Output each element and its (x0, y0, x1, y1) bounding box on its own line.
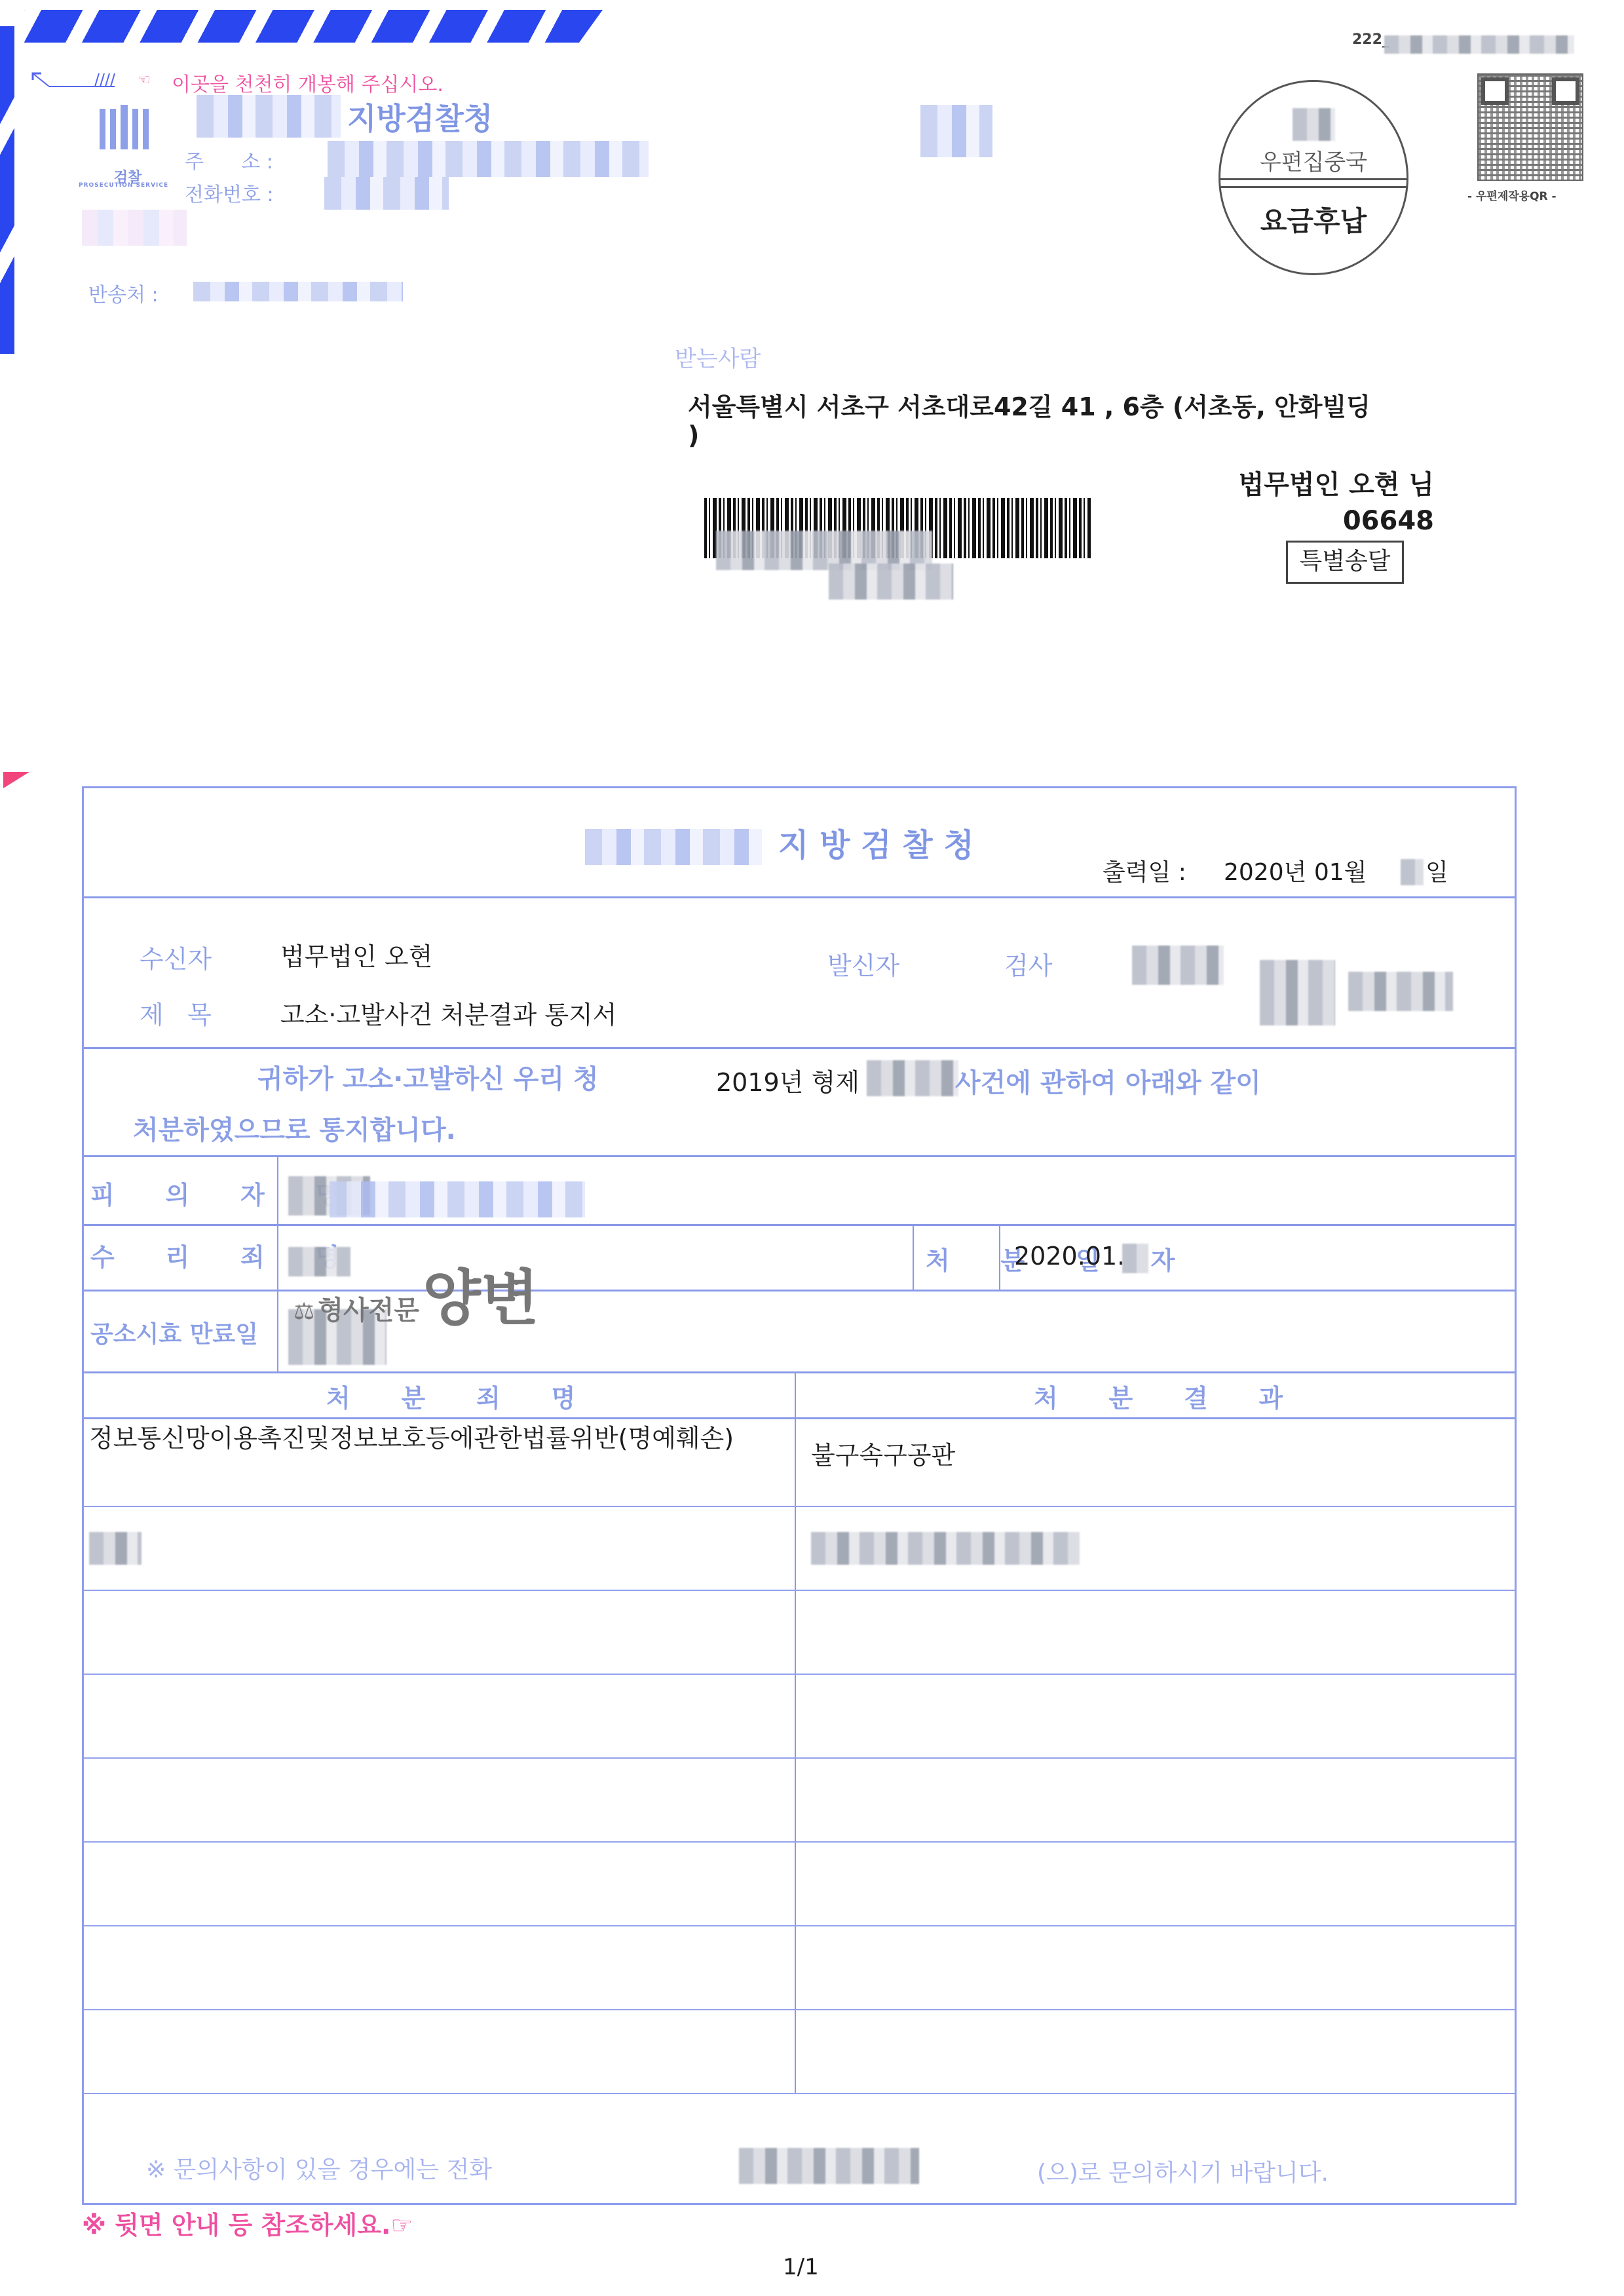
logo-subtext: PROSECUTION SERVICE (79, 182, 168, 189)
charge-redacted (89, 1532, 142, 1565)
phone-label: 전화번호 : (185, 178, 274, 207)
print-date-day-suffix: 일 (1426, 854, 1448, 887)
open-here-marker (29, 71, 128, 90)
disposition-notice-form: 지 방 검 찰 청 출력일 : 2020년 01월 일 수신자 법무법인 오현 … (82, 786, 1517, 2205)
disposition-charge-cell: 정보통신망이용촉진및정보보호등에관한법률위반(명예훼손) (89, 1425, 787, 1451)
notice-office-name: 지 방 검 찰 청 (778, 820, 974, 865)
watermark-small-text: 형사전문 (318, 1295, 419, 1326)
prosecution-emblem-icon (98, 105, 157, 151)
print-day-redacted (1401, 859, 1424, 885)
case-year: 2019년 형제 (716, 1062, 859, 1098)
prosecutor-seal-redacted (1260, 960, 1335, 1025)
recipient-field-label: 수신자 (140, 939, 212, 975)
print-date-label: 출력일 : (1103, 854, 1186, 887)
return-address-redacted (193, 282, 403, 301)
prosecutor-name-redacted (1132, 946, 1224, 985)
recipient-address-line2: ) (688, 421, 699, 450)
subject-label: 제 목 (140, 995, 212, 1031)
open-arrow-icon (29, 71, 128, 90)
page-indicator: 1/1 (783, 2254, 819, 2280)
body-text-part2: 사건에 관하여 아래와 같이 (955, 1062, 1261, 1100)
qr-caption: - 우편제작용QR - (1467, 187, 1557, 203)
disposition-date-value: 2020.01. (1014, 1242, 1125, 1271)
sender-role: 검사 (1004, 946, 1052, 982)
subject-value: 고소·고발사건 처분결과 통지서 (280, 995, 616, 1031)
hand-pointer-icon: ☜ (138, 72, 151, 88)
statute-label: 공소시효 만료일 (90, 1316, 258, 1349)
scale-icon: ⚖ (293, 1298, 314, 1325)
sender-phone-redacted (324, 177, 449, 210)
notice-office-redacted (585, 829, 762, 865)
disposition-result-cell: 불구속구공판 (811, 1442, 1505, 1468)
office-name-redacted (197, 95, 341, 138)
sender-field-label: 발신자 (827, 946, 899, 982)
delivery-type-badge: 특별송달 (1286, 541, 1404, 584)
recipient-field-value: 법무법인 오현 (280, 936, 432, 972)
back-notice: ※ 뒷면 안내 등 참조하세요.☞ (82, 2205, 413, 2241)
body-text-line2: 처분하였으므로 통지합니다. (133, 1109, 456, 1147)
qr-code (1477, 73, 1583, 181)
recipient-name: 법무법인 오현 님 (1239, 464, 1434, 501)
corner-mark (3, 772, 29, 788)
table-header-charge: 처 분 죄 명 (326, 1378, 597, 1414)
prosecution-logo: 검찰 (98, 105, 157, 190)
barcode-number-redacted-2 (829, 564, 953, 600)
tracking-number-redacted (1384, 35, 1574, 54)
footer-inquiry-part2: (으)로 문의하시기 바랍니다. (1037, 2154, 1329, 2188)
address-label: 주 소 : (185, 145, 273, 174)
envelope-stripe-left (0, 26, 14, 354)
postmark-bottom-text: 요금후납 (1220, 200, 1407, 239)
sender-extra-redacted (82, 210, 187, 246)
recipient-postal-code: 06648 (1343, 506, 1434, 536)
table-header-result: 처 분 결 과 (1034, 1378, 1304, 1414)
sender-address-redacted (328, 141, 649, 177)
return-label: 반송처 : (88, 278, 159, 307)
envelope-stripes-top (13, 10, 603, 43)
disposition-day-redacted (1122, 1244, 1148, 1273)
postmark-top-text: 우편집중국 (1220, 144, 1407, 176)
case-number-redacted (867, 1060, 958, 1096)
postmark-redacted (1293, 108, 1335, 141)
sender-office-name: 지방검찰청 (347, 95, 493, 138)
result-redacted (811, 1532, 1080, 1565)
postmark-stamp: 우편집중국 요금후납 (1218, 80, 1408, 275)
body-text-part1: 귀하가 고소·고발하신 우리 청 (257, 1058, 599, 1096)
inquiry-phone-redacted (739, 2148, 919, 2184)
recipient-address-line1: 서울특별시 서초구 서초대로42길 41 , 6층 (서초동, 안화빌딩 (688, 387, 1370, 423)
print-date-value: 2020년 01월 (1224, 854, 1367, 887)
center-redacted-mark (920, 105, 992, 157)
recipient-label: 받는사람 (675, 341, 761, 373)
suspect-extra-redacted (330, 1181, 585, 1217)
open-notice: 이곳을 천천히 개봉해 주십시오. (172, 68, 444, 97)
footer-inquiry-part1: ※ 문의사항이 있을 경우에는 전화 (146, 2151, 492, 2185)
prosecutor-seal-redacted-2 (1348, 972, 1453, 1011)
watermark-large-text: 양변 (423, 1263, 539, 1333)
watermark-logo: ⚖ 형사전문 양변 (293, 1250, 539, 1337)
